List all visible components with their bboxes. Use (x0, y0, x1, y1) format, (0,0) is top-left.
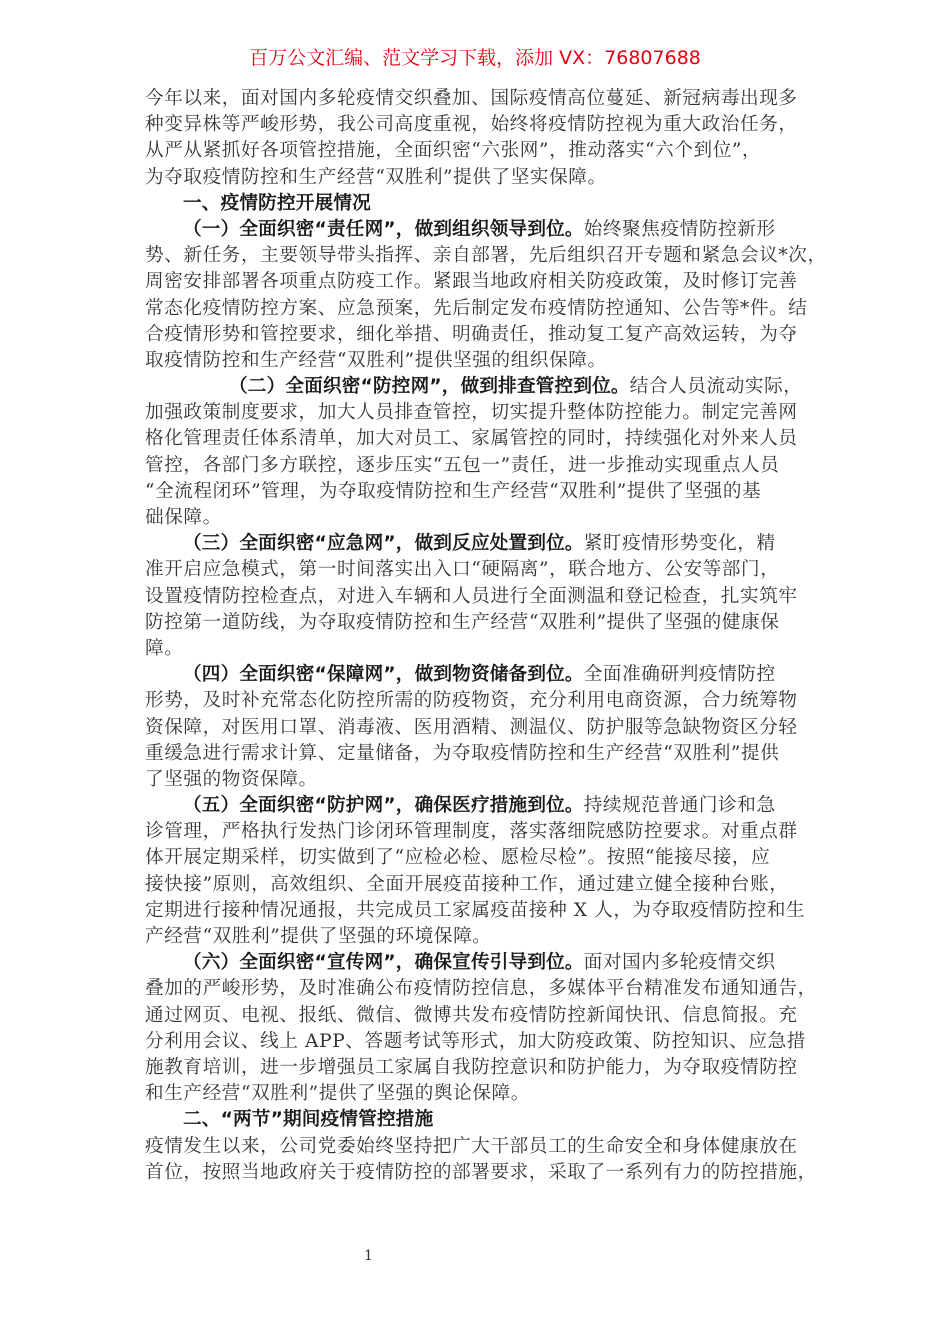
item-title: （六）全面织密“宣传网”，确保宣传引导到位。 (183, 952, 584, 973)
item-title: （五）全面织密“防护网”，确保医疗措施到位。 (183, 795, 584, 816)
document-body: 今年以来，面对国内多轮疫情交织叠加、国际疫情高位蔓延、新冠病毒出现多 种变异株等… (145, 86, 805, 1186)
item-text: 全面准确研判疫情防控 (584, 664, 776, 685)
text-line: 接快接”原则，高效组织、全面开展疫苗接种工作，通过建立健全接种台账， (145, 872, 805, 898)
text-line: 了坚强的物资保障。 (145, 767, 805, 793)
text-line: 周密安排部署各项重点防疫工作。紧跟当地政府相关防疫政策，及时修订完善 (145, 269, 805, 295)
text-line: 叠加的严峻形势，及时准确公布疫情防控信息，多媒体平台精准发布通知通告， (145, 976, 805, 1002)
text-line: 形势，及时补充常态化防控所需的防疫物资，充分利用电商资源，合力统筹物 (145, 688, 805, 714)
text-line: 体开展定期采样，切实做到了“应检必检、愿检尽检”。按照“能接尽接，应 (145, 845, 805, 871)
item-title: （四）全面织密“保障网”，做到物资储备到位。 (183, 664, 584, 685)
item-title: （二）全面织密“防控网”，做到排查管控到位。 (229, 376, 630, 397)
section-heading-1: 一、疫情防控开展情况 (145, 191, 805, 217)
text-line: 合疫情形势和管控要求，细化举措、明确责任，推动复工复产高效运转，为夺 (145, 322, 805, 348)
text-line: 资保障，对医用口罩、消毒液、医用酒精、测温仪、防护服等急缺物资区分轻 (145, 715, 805, 741)
section-heading-2: 二、“两节”期间疫情管控措施 (145, 1107, 805, 1133)
text-line: “全流程闭环”管理，为夺取疫情防控和生产经营“双胜利”提供了坚强的基 (145, 479, 805, 505)
text-line: 准开启应急模式，第一时间落实出入口“硬隔离”，联合地方、公安等部门， (145, 557, 805, 583)
promo-banner: 百万公文汇编、范文学习下载，添加 VX：76807688 (0, 46, 950, 70)
text-line: 防控第一道防线，为夺取疫情防控和生产经营“双胜利”提供了坚强的健康保 (145, 610, 805, 636)
text-line: 常态化疫情防控方案、应急预案，先后制定发布疫情防控通知、公告等*件。结 (145, 296, 805, 322)
item-publicity-net: （六）全面织密“宣传网”，确保宣传引导到位。面对国内多轮疫情交织 叠加的严峻形势… (145, 950, 805, 1107)
item-title: （三）全面织密“应急网”，做到反应处置到位。 (183, 533, 584, 554)
item-supply-net: （四）全面织密“保障网”，做到物资储备到位。全面准确研判疫情防控 形势，及时补充… (145, 662, 805, 793)
text-line: 和生产经营“双胜利”提供了坚强的舆论保障。 (145, 1081, 805, 1107)
document-page: 百万公文汇编、范文学习下载，添加 VX：76807688 今年以来，面对国内多轮… (0, 0, 950, 1344)
section2-paragraph: 疫情发生以来，公司党委始终坚持把广大干部员工的生命安全和身体健康放在 首位，按照… (145, 1134, 805, 1186)
text-line: 施教育培训，进一步增强员工家属自我防控意识和防护能力，为夺取疫情防控 (145, 1055, 805, 1081)
item-text: 结合人员流动实际， (630, 376, 803, 397)
item-text: 持续规范普通门诊和急 (584, 795, 776, 816)
text-line: 管控，各部门多方联控，逐步压实“五包一”责任，进一步推动实现重点人员 (145, 453, 805, 479)
text-line: 从严从紧抓好各项管控措施，全面织密“六张网”，推动落实“六个到位”， (145, 138, 805, 164)
item-prevention-net: （二）全面织密“防控网”，做到排查管控到位。结合人员流动实际， 加强政策制度要求… (145, 374, 805, 531)
text-line: 定期进行接种情况通报，共完成员工家属疫苗接种 X 人，为夺取疫情防控和生 (145, 898, 805, 924)
page-number: 1 (364, 1248, 373, 1264)
text-line: 重缓急进行需求计算、定量储备，为夺取疫情防控和生产经营“双胜利”提供 (145, 741, 805, 767)
item-protection-net: （五）全面织密“防护网”，确保医疗措施到位。持续规范普通门诊和急 诊管理，严格执… (145, 793, 805, 950)
text-line: 取疫情防控和生产经营“双胜利”提供坚强的组织保障。 (145, 348, 805, 374)
item-text: 始终聚焦疫情防控新形 (584, 219, 776, 240)
text-line: 分利用会议、线上 APP、答题考试等形式，加大防疫政策、防控知识、应急措 (145, 1029, 805, 1055)
text-line: 格化管理责任体系清单，加大对员工、家属管控的同时，持续强化对外来人员 (145, 426, 805, 452)
item-responsibility-net: （一）全面织密“责任网”，做到组织领导到位。始终聚焦疫情防控新形 势、新任务，主… (145, 217, 805, 374)
text-line: 产经营“双胜利”提供了坚强的环境保障。 (145, 924, 805, 950)
text-line: 疫情发生以来，公司党委始终坚持把广大干部员工的生命安全和身体健康放在 (145, 1134, 805, 1160)
intro-paragraph: 今年以来，面对国内多轮疫情交织叠加、国际疫情高位蔓延、新冠病毒出现多 种变异株等… (145, 86, 805, 191)
text-line: 设置疫情防控检查点，对进入车辆和人员进行全面测温和登记检查，扎实筑牢 (145, 584, 805, 610)
text-line: 础保障。 (145, 505, 805, 531)
text-line: 通过网页、电视、报纸、微信、微博共发布疫情防控新闻快讯、信息简报。充 (145, 1003, 805, 1029)
text-line: 首位，按照当地政府关于疫情防控的部署要求，采取了一系列有力的防控措施， (145, 1160, 805, 1186)
item-title: （一）全面织密“责任网”，做到组织领导到位。 (183, 219, 584, 240)
text-line: 势、新任务，主要领导带头指挥、亲自部署，先后组织召开专题和紧急会议*次， (145, 243, 805, 269)
text-line: 为夺取疫情防控和生产经营“双胜利”提供了坚实保障。 (145, 165, 805, 191)
item-text: 紧盯疫情形势变化，精 (584, 533, 776, 554)
text-line: 障。 (145, 636, 805, 662)
item-emergency-net: （三）全面织密“应急网”，做到反应处置到位。紧盯疫情形势变化，精 准开启应急模式… (145, 531, 805, 662)
text-line: 诊管理，严格执行发热门诊闭环管理制度，落实落细院感防控要求。对重点群 (145, 819, 805, 845)
item-text: 面对国内多轮疫情交织 (584, 952, 776, 973)
text-line: 种变异株等严峻形势，我公司高度重视，始终将疫情防控视为重大政治任务， (145, 112, 805, 138)
text-line: 加强政策制度要求，加大人员排查管控，切实提升整体防控能力。制定完善网 (145, 400, 805, 426)
text-line: 今年以来，面对国内多轮疫情交织叠加、国际疫情高位蔓延、新冠病毒出现多 (145, 86, 805, 112)
